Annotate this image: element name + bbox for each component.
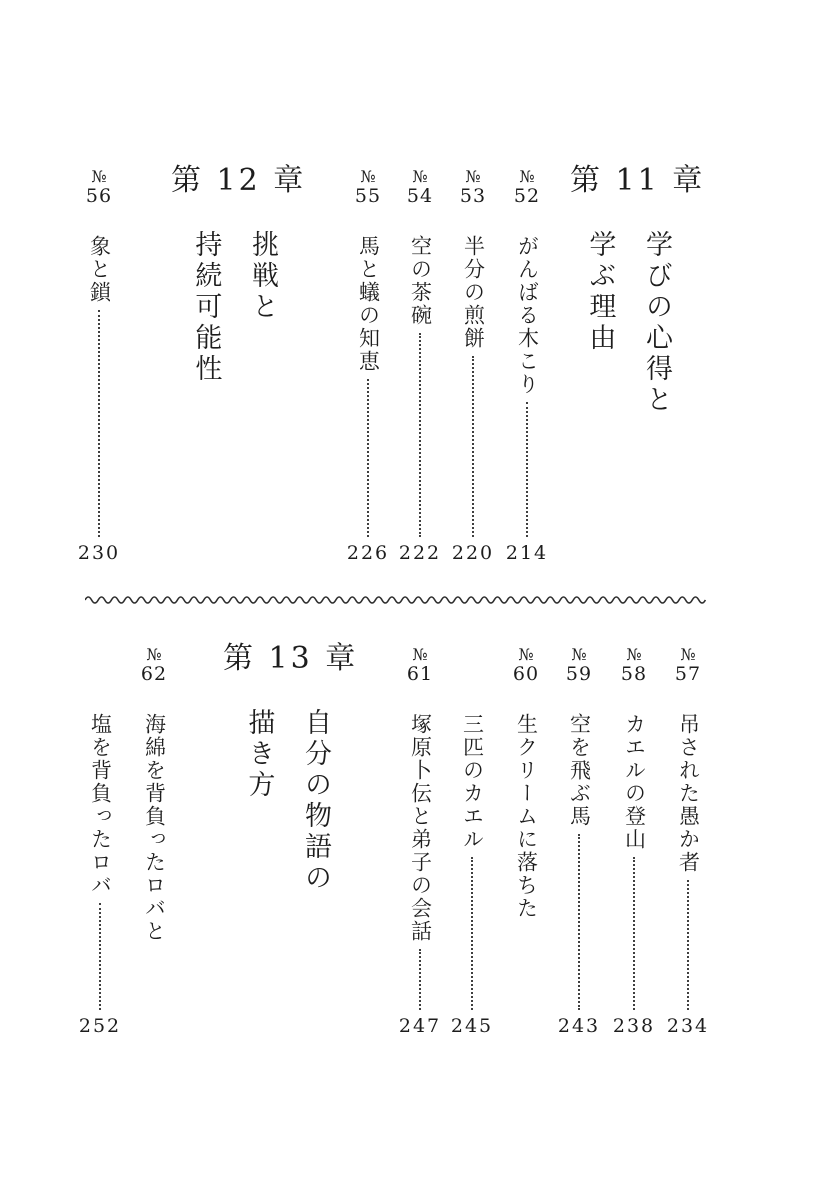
entry-no-label: № 61 bbox=[407, 646, 433, 696]
numero-sign: № bbox=[519, 168, 534, 186]
entry-number: 57 bbox=[675, 664, 701, 686]
page-number: 252 bbox=[79, 1015, 121, 1038]
entry-title-line-1: 生クリームに落ちた bbox=[516, 713, 537, 920]
entry-number: 54 bbox=[407, 186, 433, 208]
dotted-leader bbox=[99, 903, 101, 1010]
dotted-leader bbox=[419, 333, 421, 537]
entry-title: 半分の煎餅 bbox=[463, 235, 484, 350]
page-number: 222 bbox=[399, 542, 441, 565]
numero-sign: № bbox=[360, 168, 375, 186]
entry-title-line-1: 海綿を背負ったロバと bbox=[144, 713, 165, 943]
entry-no-label: № 58 bbox=[621, 646, 647, 696]
chapter-13-title: 自分の物語の 描き方 bbox=[230, 708, 343, 894]
entry-no-label: № 62 bbox=[141, 646, 167, 696]
entry-number: 53 bbox=[460, 186, 486, 208]
page-number: 234 bbox=[667, 1015, 709, 1038]
toc-entry-55: № 55 馬と蟻の知恵 226 bbox=[346, 168, 390, 565]
chapter-13-header: 第 13 章 bbox=[223, 642, 358, 675]
entry-no-label: № 60 bbox=[513, 646, 539, 696]
toc-entry-62: № 62 海綿を背負ったロバと 塩を背負ったロバ 252 bbox=[78, 646, 176, 1038]
entry-number: 55 bbox=[355, 186, 381, 208]
numero-sign: № bbox=[626, 646, 641, 664]
dotted-leader bbox=[526, 402, 528, 537]
numero-sign: № bbox=[680, 646, 695, 664]
toc-section-bottom: № 57 吊された愚か者 234 № 58 カエルの登山 238 bbox=[0, 638, 830, 1038]
entry-no-label: № 52 bbox=[514, 168, 540, 218]
entry-title: 吊された愚か者 bbox=[678, 713, 699, 874]
entry-no-label: № 59 bbox=[566, 646, 592, 696]
toc-entry-60: № 60 生クリームに落ちた 三匹のカエル 245 bbox=[450, 646, 548, 1038]
entry-title: 空を飛ぶ馬 bbox=[569, 713, 590, 828]
toc-entry-53: № 53 半分の煎餅 220 bbox=[451, 168, 495, 565]
toc-entry-61: № 61 塚原卜伝と弟子の会話 247 bbox=[398, 646, 442, 1038]
dotted-leader bbox=[472, 356, 474, 537]
entry-no-label: № 57 bbox=[675, 646, 701, 696]
entry-title-line-2: 三匹のカエル bbox=[462, 713, 483, 851]
entry-title: 馬と蟻の知恵 bbox=[358, 235, 379, 373]
page-number: 214 bbox=[506, 542, 548, 565]
page-number: 247 bbox=[399, 1015, 441, 1038]
entry-title: 象と鎖 bbox=[89, 235, 110, 304]
entry-title: カエルの登山 bbox=[624, 713, 645, 851]
entry-no-label: № 55 bbox=[355, 168, 381, 218]
dotted-leader bbox=[578, 834, 580, 1010]
entry-title-line-2: 塩を背負ったロバ bbox=[90, 713, 111, 897]
chapter-11-header: 第 11 章 bbox=[570, 164, 705, 197]
entry-number: 59 bbox=[566, 664, 592, 686]
dotted-leader bbox=[98, 310, 100, 537]
toc-section-top: 第 11 章 学びの心得と 学ぶ理由 № 52 がんばる木こり 214 № 53… bbox=[0, 160, 830, 565]
numero-sign: № bbox=[146, 646, 161, 664]
toc-page: 第 11 章 学びの心得と 学ぶ理由 № 52 がんばる木こり 214 № 53… bbox=[0, 0, 830, 1200]
entry-title: がんばる木こり bbox=[517, 235, 538, 396]
entry-no-label: № 56 bbox=[86, 168, 112, 218]
toc-entry-59: № 59 空を飛ぶ馬 243 bbox=[557, 646, 601, 1038]
dotted-leader bbox=[687, 880, 689, 1010]
numero-sign: № bbox=[518, 646, 533, 664]
chapter-12-header: 第 12 章 bbox=[171, 164, 306, 197]
page-number: 226 bbox=[347, 542, 389, 565]
entry-number: 52 bbox=[514, 186, 540, 208]
toc-entry-58: № 58 カエルの登山 238 bbox=[612, 646, 656, 1038]
page-number: 243 bbox=[558, 1015, 600, 1038]
entry-no-label: № 53 bbox=[460, 168, 486, 218]
entry-title: 空の茶碗 bbox=[410, 235, 431, 327]
dotted-leader bbox=[367, 379, 369, 537]
page-number: 245 bbox=[451, 1015, 493, 1038]
page-number: 220 bbox=[452, 542, 494, 565]
page-number: 238 bbox=[613, 1015, 655, 1038]
wavy-divider bbox=[85, 592, 710, 606]
entry-title: 塚原卜伝と弟子の会話 bbox=[410, 713, 431, 943]
numero-sign: № bbox=[412, 646, 427, 664]
numero-sign: № bbox=[91, 168, 106, 186]
entry-number: 58 bbox=[621, 664, 647, 686]
numero-sign: № bbox=[571, 646, 586, 664]
entry-number: 62 bbox=[141, 664, 167, 686]
numero-sign: № bbox=[465, 168, 480, 186]
chapter-12-title: 挑戦と 持続可能性 bbox=[177, 230, 290, 385]
dotted-leader bbox=[633, 857, 635, 1010]
page-number: 230 bbox=[78, 542, 120, 565]
toc-entry-54: № 54 空の茶碗 222 bbox=[398, 168, 442, 565]
numero-sign: № bbox=[412, 168, 427, 186]
dotted-leader bbox=[471, 857, 473, 1010]
dotted-leader bbox=[419, 949, 421, 1010]
toc-entry-52: № 52 がんばる木こり 214 bbox=[505, 168, 549, 565]
toc-entry-57: № 57 吊された愚か者 234 bbox=[666, 646, 710, 1038]
chapter-11-title: 学びの心得と 学ぶ理由 bbox=[571, 230, 684, 416]
entry-number: 56 bbox=[86, 186, 112, 208]
entry-number: 60 bbox=[513, 664, 539, 686]
entry-no-label: № 54 bbox=[407, 168, 433, 218]
entry-number: 61 bbox=[407, 664, 433, 686]
toc-entry-56: № 56 象と鎖 230 bbox=[77, 168, 121, 565]
